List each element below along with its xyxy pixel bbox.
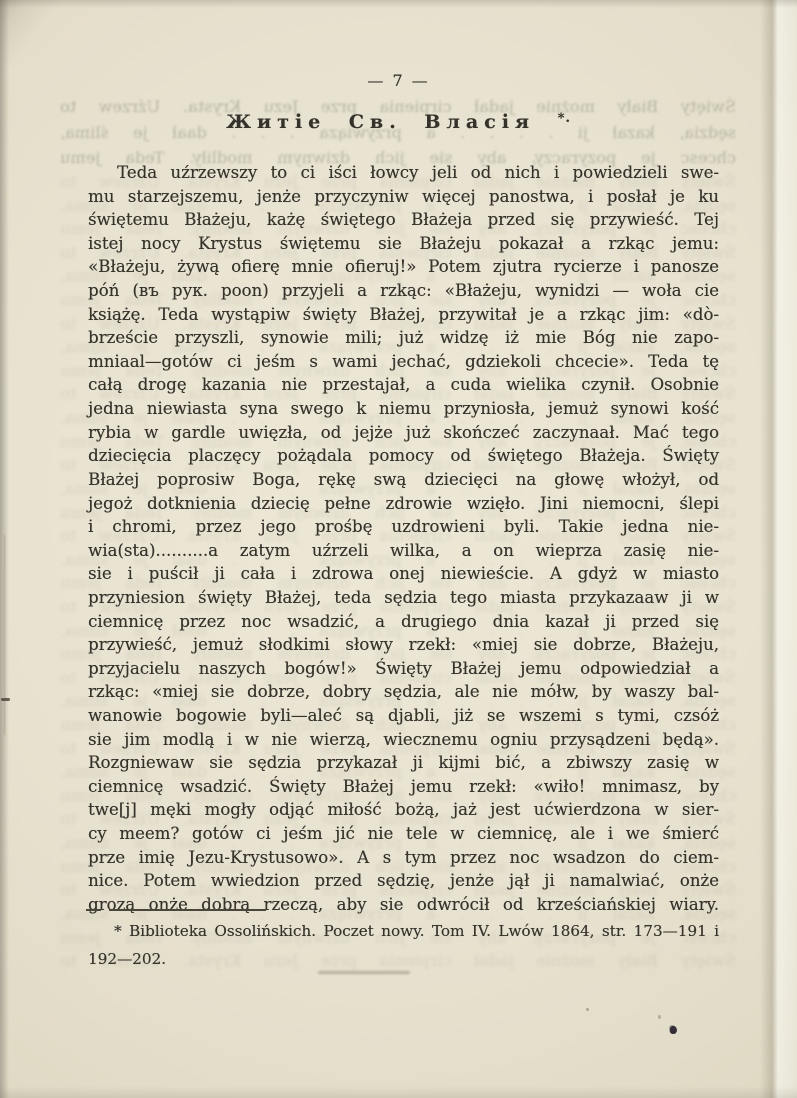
- body-line: nice. Potem wwiedzion przed sędzię, jenż…: [88, 869, 719, 893]
- footnote-reference-marker: *.: [558, 111, 571, 126]
- body-line: sie i puścił ji cała i zdrowa onej niewi…: [88, 562, 719, 586]
- body-line: i chromi, przez jego prośbę uzdrowieni b…: [88, 515, 719, 539]
- body-line: dziecięcia placzęcy pożądala pomocy od ś…: [88, 444, 719, 468]
- body-line: wia(sta)..........a zatym uźrzeli wilka,…: [88, 539, 719, 563]
- body-line: twe[j] męki mogły odjąć miłość bożą, jaż…: [88, 798, 719, 822]
- body-line: prze imię Jezu-Krystusowo». A s tym prze…: [88, 846, 719, 870]
- body-line: mu starzejszemu, jenże przyczyniw więcej…: [88, 185, 719, 209]
- page-corner-fold: [0, 0, 80, 110]
- body-line: istej nocy Krystus świętemu sie Błażeju …: [88, 232, 719, 256]
- smudge-mark: [318, 971, 410, 974]
- ink-speck-small: [658, 1015, 661, 1019]
- ink-speck-small: [586, 1008, 589, 1011]
- body-line: przyjacielu naszych bogów!» Święty Błaże…: [88, 657, 719, 681]
- body-text: Teda uźrzewszy to ci iści łowcy jeli od …: [88, 161, 719, 917]
- footnote: * Biblioteka Ossolińskich. Poczet nowy. …: [88, 918, 719, 973]
- body-line: ciemnicę wsadzić. Święty Błażej jemu rze…: [88, 775, 719, 799]
- body-line: przyniesion święty Błażej, teda sędzia t…: [88, 586, 719, 610]
- footnote-line: 192—202.: [88, 946, 719, 974]
- page-crease: [4, 535, 5, 735]
- body-line: Teda uźrzewszy to ci iści łowcy jeli od …: [88, 161, 719, 185]
- footnote-marker-symbol: *: [114, 922, 122, 940]
- body-line: brzeście przyszli, synowie mili; już wid…: [88, 326, 719, 350]
- body-line: mniaal—gotów ci jeśm s wami jechać, gdzi…: [88, 350, 719, 374]
- footnote-text: Biblioteka Ossolińskich. Poczet nowy. To…: [129, 922, 719, 940]
- body-line: książę. Teda wystąpiw święty Błażej, prz…: [88, 303, 719, 327]
- body-line: całą drogę kazania nie przestajał, a cud…: [88, 373, 719, 397]
- body-line: ciemnicę przez noc wsadzić, a drugiego d…: [88, 610, 719, 634]
- body-line: Rozgniewaw sie sędzia przykazał ji kijmi…: [88, 751, 719, 775]
- body-line: póń (въ рук. poon) przyjeli a rzkąc: «Bł…: [88, 279, 719, 303]
- edge-mark: [1, 698, 10, 701]
- body-line: rybia w gardle uwięzła, od jejże już sko…: [88, 421, 719, 445]
- body-line: grozą onże dobrą rzeczą, aby sie odwróci…: [88, 893, 719, 917]
- footnote-line: * Biblioteka Ossolińskich. Poczet nowy. …: [88, 918, 719, 946]
- page-number: — 7 —: [0, 71, 797, 90]
- body-line: jegoż dotknienia dziecię pełne zdrowie w…: [88, 492, 719, 516]
- body-line: cy meem? gotów ci jeśm jić nie tele w ci…: [88, 822, 719, 846]
- body-line: rzkąc: «miej sie dobrze, dobry sędzia, a…: [88, 680, 719, 704]
- body-line: sie jim modlą i w nie wierzą, wiecznemu …: [88, 728, 719, 752]
- body-line: przywieść, jemuż słodkimi słowy rzekł: «…: [88, 633, 719, 657]
- page-title-text: Житіе Св. Власія: [226, 111, 535, 133]
- page-title: Житіе Св. Власія *.: [0, 111, 797, 133]
- body-line: Błażej poprosiw Boga, rękę swą dziecięci…: [88, 468, 719, 492]
- footnote-divider: [86, 909, 266, 911]
- ink-speck: [670, 1026, 677, 1034]
- body-line: świętemu Błażeju, każę świętego Błażeja …: [88, 208, 719, 232]
- body-line: jedna niewiasta syna swego k niemu przyn…: [88, 397, 719, 421]
- body-line: wanowie bogowie byli—aleć są djabli, jiż…: [88, 704, 719, 728]
- scanned-page: Święty Biały możnie jadał cirpienia prze…: [0, 0, 797, 1098]
- body-line: «Błażeju, żywą ofierę mnie ofieruj!» Pot…: [88, 255, 719, 279]
